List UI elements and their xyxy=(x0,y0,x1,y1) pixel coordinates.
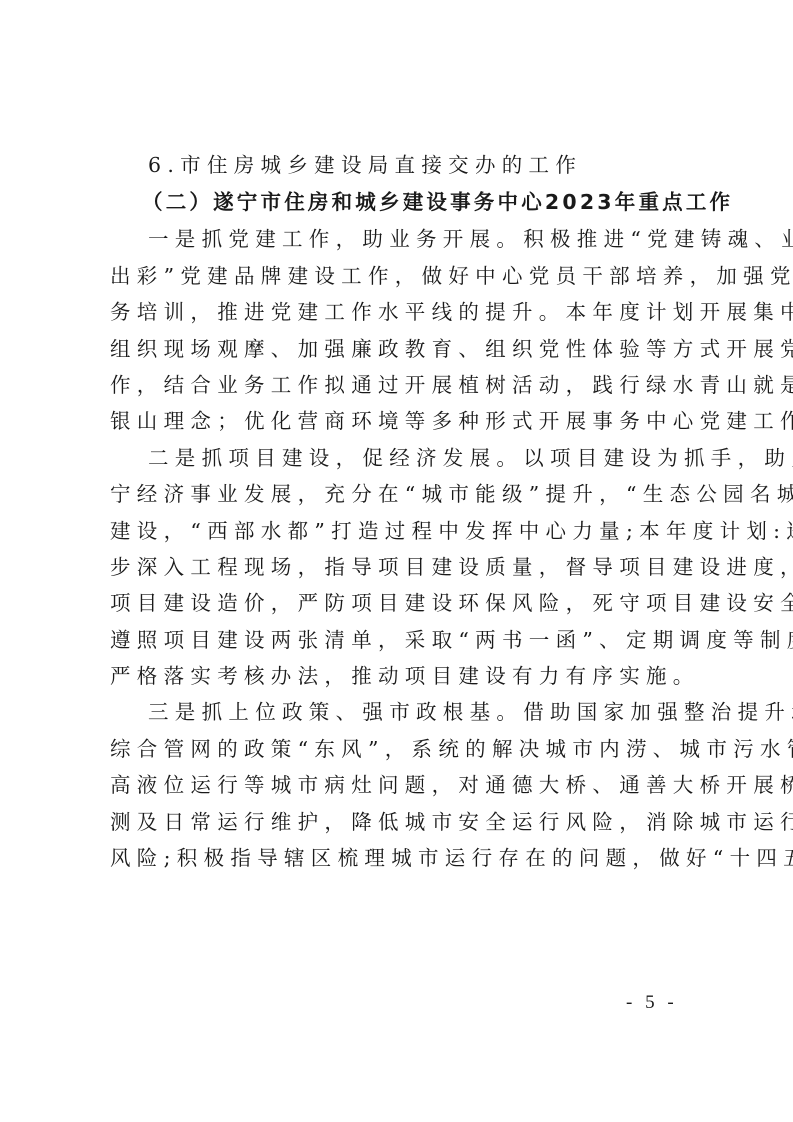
paragraph-line: 步深入工程现场，指导项目建设质量，督导项目建设进度，控制 xyxy=(110,549,696,585)
paragraph-line: 一是抓党建工作，助业务开展。积极推进“党建铸魂、业务 xyxy=(110,221,696,257)
paragraph-line: 作，结合业务工作拟通过开展植树活动，践行绿水青山就是金山 xyxy=(110,367,696,403)
paragraph-line: 出彩”党建品牌建设工作，做好中心党员干部培养，加强党建业 xyxy=(110,258,696,294)
paragraph-line: 二是抓项目建设，促经济发展。以项目建设为抓手，助力遂 xyxy=(110,440,696,476)
paragraph-line: 建设，“西部水都”打造过程中发挥中心力量;本年度计划:进一 xyxy=(110,513,696,549)
paragraph-line: 遵照项目建设两张清单，采取“两书一函”、定期调度等制度， xyxy=(110,622,696,658)
paragraph-municipal-policy: 三是抓上位政策、强市政根基。借助国家加强整治提升地下 综合管网的政策“东风”，系… xyxy=(110,694,696,876)
list-item-6: 6.市住房城乡建设局直接交办的工作 xyxy=(110,147,696,183)
body-text: 6.市住房城乡建设局直接交办的工作 （二）遂宁市住房和城乡建设事务中心2023年… xyxy=(110,147,696,876)
paragraph-project-construction: 二是抓项目建设，促经济发展。以项目建设为抓手，助力遂 宁经济事业发展，充分在“城… xyxy=(110,440,696,695)
paragraph-line: 综合管网的政策“东风”，系统的解决城市内涝、城市污水管网 xyxy=(110,731,696,767)
paragraph-party-building: 一是抓党建工作，助业务开展。积极推进“党建铸魂、业务 出彩”党建品牌建设工作，做… xyxy=(110,221,696,439)
document-page: 6.市住房城乡建设局直接交办的工作 （二）遂宁市住房和城乡建设事务中心2023年… xyxy=(0,0,793,1122)
paragraph-line: 宁经济事业发展，充分在“城市能级”提升，“生态公园名城” xyxy=(110,476,696,512)
paragraph-line: 项目建设造价，严防项目建设环保风险，死守项目建设安全底线。 xyxy=(110,585,696,621)
paragraph-line: 风险;积极指导辖区梳理城市运行存在的问题，做好“十四五”项 xyxy=(110,840,696,876)
page-number: - 5 - xyxy=(626,992,678,1014)
paragraph-line: 务培训，推进党建工作水平线的提升。本年度计划开展集中学、 xyxy=(110,294,696,330)
section-heading: （二）遂宁市住房和城乡建设事务中心2023年重点工作 xyxy=(110,183,696,221)
paragraph-line: 严格落实考核办法，推动项目建设有力有序实施。 xyxy=(110,658,696,694)
paragraph-line: 组织现场观摩、加强廉政教育、组织党性体验等方式开展党建工 xyxy=(110,331,696,367)
paragraph-line: 测及日常运行维护，降低城市安全运行风险，消除城市运行环保 xyxy=(110,804,696,840)
paragraph-line: 三是抓上位政策、强市政根基。借助国家加强整治提升地下 xyxy=(110,694,696,730)
paragraph-line: 银山理念；优化营商环境等多种形式开展事务中心党建工作。 xyxy=(110,403,696,439)
paragraph-line: 高液位运行等城市病灶问题，对通德大桥、通善大桥开展桥体检 xyxy=(110,767,696,803)
